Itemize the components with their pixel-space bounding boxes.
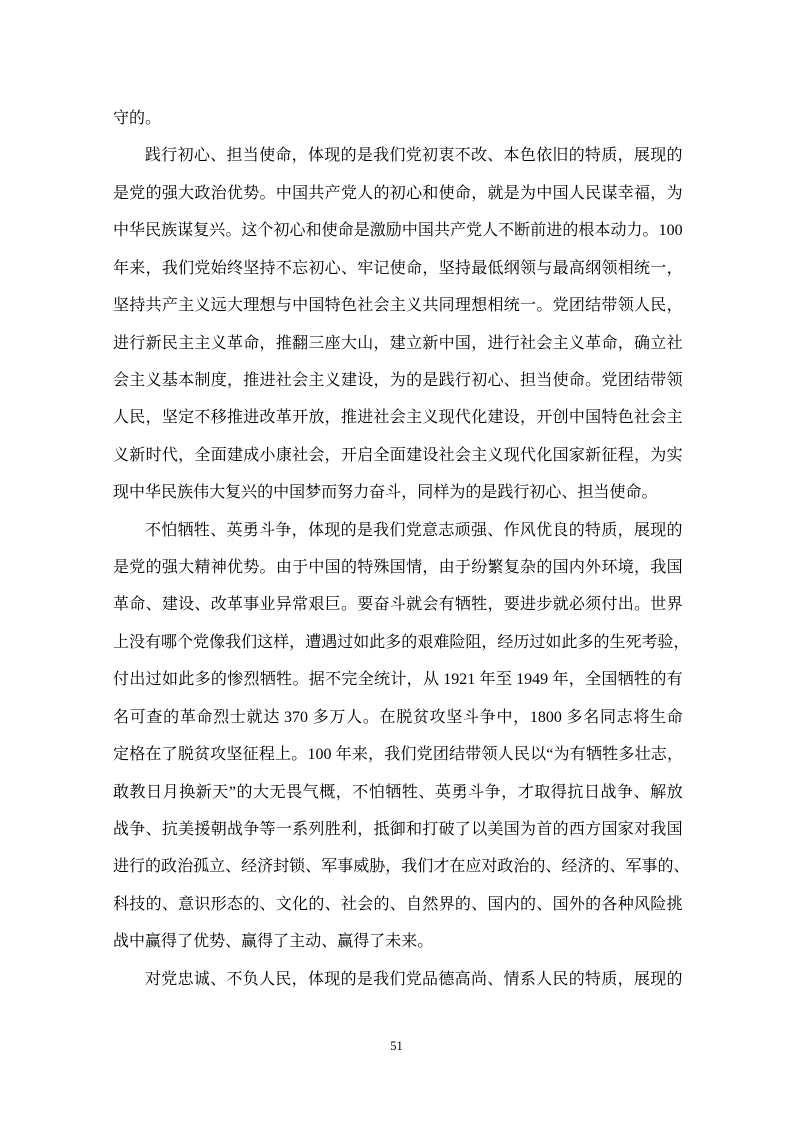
text-token: 会 xyxy=(308,437,324,474)
text-token: 得 xyxy=(551,774,567,811)
text-token: 复 xyxy=(504,549,520,586)
text-token: 社 xyxy=(276,362,292,399)
text-token: 情 xyxy=(504,961,520,998)
text-token: 我 xyxy=(373,961,389,998)
text-token: 殊 xyxy=(374,549,390,586)
text-token: ， xyxy=(634,549,650,586)
text-token: 会 xyxy=(650,399,666,436)
text-token: 改 xyxy=(211,586,227,623)
text-token: 前 xyxy=(530,212,546,249)
text-token: 移 xyxy=(211,399,227,436)
text-token: 色 xyxy=(341,287,357,324)
text-line: 守的。 xyxy=(113,100,683,137)
text-token: 党 xyxy=(341,175,357,212)
text-token: 、 xyxy=(210,961,226,998)
text-token: 社 xyxy=(667,325,683,362)
text-token: 推 xyxy=(276,325,292,362)
text-token: 依 xyxy=(536,137,552,174)
text-token: 社 xyxy=(520,325,536,362)
text-token: 开 xyxy=(536,399,552,436)
text-token: 要 xyxy=(357,586,373,623)
text-token: 计 xyxy=(390,661,406,698)
text-token: 体 xyxy=(308,137,324,174)
text-token: 至 xyxy=(496,661,512,698)
text-token: 人 xyxy=(346,699,362,736)
text-token: 华 xyxy=(129,212,145,249)
text-token: 初 xyxy=(178,137,194,174)
text-token: 建 xyxy=(162,586,178,623)
text-line: 年来，我们党始终坚持不忘初心、牢记使命，坚持最低纲领与最高纲领相统一， xyxy=(113,250,683,287)
text-token: 和 xyxy=(406,811,422,848)
text-token: 自 xyxy=(406,886,422,923)
text-token: 完 xyxy=(341,661,357,698)
text-token: 经 xyxy=(497,624,513,661)
text-token: 面 xyxy=(211,437,227,474)
text-token: 脱 xyxy=(396,699,412,736)
text-token: ， xyxy=(487,586,503,623)
text-token: 我 xyxy=(401,848,417,885)
text-token: 党 xyxy=(553,287,569,324)
text-token: 事 xyxy=(243,586,259,623)
text-token: 多 xyxy=(195,661,211,698)
text-token: 质 xyxy=(601,961,617,998)
text-token: 初 xyxy=(273,212,289,249)
text-token: 的 xyxy=(211,661,227,698)
text-token: 担 xyxy=(577,474,593,511)
text-token: ， xyxy=(618,961,634,998)
text-token: 设 xyxy=(178,586,194,623)
text-token: 援 xyxy=(194,811,210,848)
text-token: 打 xyxy=(422,811,438,848)
text-token: 1921 xyxy=(439,661,479,698)
text-token: ， xyxy=(374,362,390,399)
text-token: 制 xyxy=(194,362,210,399)
text-token: 是 xyxy=(422,362,438,399)
text-token: 的 xyxy=(308,886,324,923)
text-token: 行 xyxy=(129,325,145,362)
text-token: 的 xyxy=(569,512,585,549)
text-token: 是 xyxy=(113,549,129,586)
text-token: 民 xyxy=(650,287,666,324)
text-token: 和 xyxy=(306,212,322,249)
text-token: ， xyxy=(146,399,162,436)
text-token: 记 xyxy=(374,250,390,287)
text-token: 同 xyxy=(417,474,433,511)
text-token: 、 xyxy=(504,362,520,399)
text-token: 中 xyxy=(113,212,129,249)
text-token: 锁 xyxy=(289,848,305,885)
text-token: 哪 xyxy=(161,624,177,661)
text-token: 主 xyxy=(129,362,145,399)
text-token: 实 xyxy=(667,437,683,474)
text-token: 心 xyxy=(545,474,561,511)
text-token: 会 xyxy=(374,287,390,324)
text-token: 的 xyxy=(146,175,162,212)
text-token: 产 xyxy=(325,175,341,212)
text-token: 外 xyxy=(585,549,601,586)
text-token: 社 xyxy=(439,437,455,474)
text-token: 大 xyxy=(178,175,194,212)
text-token: 建 xyxy=(341,362,357,399)
text-token: 、 xyxy=(146,811,162,848)
text-token: 的 xyxy=(243,886,259,923)
text-token: 纷 xyxy=(471,549,487,586)
text-token: 各 xyxy=(601,886,617,923)
text-line: 进行新民主主义革命，推翻三座大山，建立新中国，进行社会主义革命，确立社 xyxy=(113,325,683,362)
text-token: 、 xyxy=(609,848,625,885)
text-token: 坚 xyxy=(113,287,129,324)
text-token: 尚 xyxy=(471,961,487,998)
text-token: 使 xyxy=(609,474,625,511)
text-token: 势 xyxy=(209,923,225,960)
text-token: 团 xyxy=(618,362,634,399)
text-token: 们 xyxy=(241,624,257,661)
text-token: 使 xyxy=(322,212,338,249)
text-token: 验 xyxy=(658,624,674,661)
text-token: ， xyxy=(667,250,683,287)
text-line: 革命、建设、改革事业异常艰巨。要奋斗就会有牺牲，要进步就必须付出。世界 xyxy=(113,586,683,623)
text-token: 现 xyxy=(324,512,340,549)
text-token: ， xyxy=(292,961,308,998)
text-token: 奋 xyxy=(374,586,390,623)
text-token: 的 xyxy=(401,624,417,661)
text-token: 为 xyxy=(520,811,536,848)
text-token: 色 xyxy=(618,399,634,436)
text-token: 力 xyxy=(627,212,643,249)
text-token: 可 xyxy=(130,699,146,736)
text-token: 新 xyxy=(146,325,162,362)
text-token: 进 xyxy=(520,586,536,623)
text-token: 对 xyxy=(634,811,650,848)
text-token: 现 xyxy=(650,137,666,174)
text-token: 、 xyxy=(471,886,487,923)
text-token: ， xyxy=(146,250,162,287)
text-token: 心 xyxy=(406,175,422,212)
text-token: 使 xyxy=(553,362,569,399)
text-token: 过 xyxy=(529,624,545,661)
text-token: 军 xyxy=(321,848,337,885)
text-token: 结 xyxy=(585,287,601,324)
text-token: 义 xyxy=(146,362,162,399)
text-token: ， xyxy=(325,437,341,474)
text-token: 想 xyxy=(260,287,276,324)
text-token: 主 xyxy=(406,399,422,436)
text-token: 优 xyxy=(227,175,243,212)
text-token: 党 xyxy=(193,624,209,661)
text-token: 进 xyxy=(357,399,373,436)
text-token: 人 xyxy=(569,175,585,212)
text-token: 党 xyxy=(406,137,422,174)
text-line: 是党的强大精神优势。由于中国的特殊国情，由于纷繁复杂的国内外环境，我国 xyxy=(113,549,683,586)
text-token: 胁 xyxy=(369,848,385,885)
text-token: 赢 xyxy=(145,923,161,960)
text-token: 敢 xyxy=(113,774,129,811)
text-token: 有 xyxy=(667,661,683,698)
text-token: 政 xyxy=(194,175,210,212)
text-token: 了 xyxy=(177,923,193,960)
text-token: 政 xyxy=(497,848,513,885)
text-token: 壮 xyxy=(635,736,651,773)
text-token: 怕 xyxy=(369,774,385,811)
text-token: 于 xyxy=(292,549,308,586)
text-token: 的 xyxy=(593,624,609,661)
text-token: 历 xyxy=(513,624,529,661)
text-token: 伟 xyxy=(193,474,209,511)
text-token: 然 xyxy=(422,886,438,923)
text-token: 国 xyxy=(390,549,406,586)
text-token: 相 xyxy=(487,287,503,324)
text-token: 中 xyxy=(569,399,585,436)
text-token: 解 xyxy=(650,774,666,811)
text-token: 们 xyxy=(400,736,416,773)
text-token: 同 xyxy=(600,699,616,736)
text-token: 革 xyxy=(113,586,129,623)
text-token: ， xyxy=(634,437,650,474)
text-token: 英 xyxy=(226,512,242,549)
text-token: 应 xyxy=(465,848,481,885)
text-token: 体 xyxy=(308,512,324,549)
text-token: 的 xyxy=(146,886,162,923)
text-token: 我 xyxy=(650,811,666,848)
text-token: 会 xyxy=(357,886,373,923)
text-token: 环 xyxy=(601,549,617,586)
text-token: 激 xyxy=(370,212,386,249)
text-token: 御 xyxy=(390,811,406,848)
text-token: 大 xyxy=(178,549,194,586)
text-token: 使 xyxy=(259,137,275,174)
text-token: 势 xyxy=(243,175,259,212)
text-token: 得 xyxy=(161,923,177,960)
text-token: 国 xyxy=(601,661,617,698)
text-line: 对党忠诚、不负人民，体现的是我们党品德高尚、情系人民的特质，展现的 xyxy=(113,961,683,998)
text-token: 1949 xyxy=(512,661,552,698)
text-token: 赢 xyxy=(337,923,353,960)
text-token: 、 xyxy=(210,512,226,549)
text-token: 未 xyxy=(385,923,401,960)
text-token: 畏 xyxy=(286,774,302,811)
text-token: 中 xyxy=(308,549,324,586)
text-token: 不 xyxy=(194,399,210,436)
text-token: 中 xyxy=(129,923,145,960)
text-token: 命 xyxy=(129,586,145,623)
text-token: 的 xyxy=(374,886,390,923)
text-token: 时 xyxy=(146,437,162,474)
text-token: 人 xyxy=(259,961,275,998)
text-token: 经 xyxy=(241,848,257,885)
text-token: 据 xyxy=(309,661,325,698)
text-token: 。 xyxy=(643,212,659,249)
text-token: 党 xyxy=(406,961,422,998)
text-token: 经 xyxy=(561,848,577,885)
text-token: 贫 xyxy=(194,736,210,773)
text-token: 会 xyxy=(390,399,406,436)
text-token: 我 xyxy=(162,250,178,287)
text-token: 名 xyxy=(113,699,129,736)
text-token: 使 xyxy=(439,175,455,212)
text-token: 意 xyxy=(422,512,438,549)
text-token: 立 xyxy=(650,325,666,362)
text-token: 有 xyxy=(145,624,161,661)
text-token: 于 xyxy=(455,549,471,586)
text-token: 设 xyxy=(504,399,520,436)
text-token: 意 xyxy=(178,886,194,923)
text-token: 强 xyxy=(162,175,178,212)
text-token: 华 xyxy=(145,474,161,511)
text-token: 创 xyxy=(553,399,569,436)
text-token: 义 xyxy=(406,287,422,324)
text-line: 战争、抗美援朝战争等一系列胜利，抵御和打破了以美国为首的西方国家对我国 xyxy=(113,811,683,848)
text-token: 、 xyxy=(634,774,650,811)
text-token: 国 xyxy=(553,175,569,212)
text-token: 了 xyxy=(162,736,178,773)
text-token: 牺 xyxy=(260,661,276,698)
text-token: 成 xyxy=(243,437,259,474)
text-token: 牲 xyxy=(276,661,292,698)
text-token: 定 xyxy=(178,399,194,436)
text-token: 的 xyxy=(163,699,179,736)
text-token: 而 xyxy=(321,474,337,511)
text-token: 美 xyxy=(487,811,503,848)
text-token: 如 xyxy=(545,624,561,661)
text-token: 、 xyxy=(536,886,552,923)
text-token: 义 xyxy=(211,325,227,362)
text-token: 民 xyxy=(552,961,568,998)
text-token: 勇 xyxy=(243,512,259,549)
text-token: 中 xyxy=(536,175,552,212)
text-token: 坚 xyxy=(226,736,242,773)
text-token: 产 xyxy=(162,287,178,324)
text-token: 、 xyxy=(162,886,178,923)
text-token: 斗 xyxy=(468,774,484,811)
text-token: 的 xyxy=(667,512,683,549)
text-token: 技 xyxy=(129,886,145,923)
text-token: 顽 xyxy=(455,512,471,549)
text-token: 化 xyxy=(292,886,308,923)
text-token: 家 xyxy=(569,437,585,474)
text-token: 初 xyxy=(529,474,545,511)
text-token: ， xyxy=(618,512,634,549)
text-token: 。 xyxy=(341,586,357,623)
text-token: 新 xyxy=(196,774,212,811)
text-token: 义 xyxy=(422,399,438,436)
text-token: 风 xyxy=(520,512,536,549)
text-token: 带 xyxy=(650,362,666,399)
text-token: 繁 xyxy=(487,549,503,586)
text-token: 最 xyxy=(471,250,487,287)
text-token: 多 xyxy=(313,699,329,736)
text-token: 遭 xyxy=(305,624,321,661)
text-token: 必 xyxy=(569,586,585,623)
text-token: 守 xyxy=(113,100,129,137)
text-token: 现 xyxy=(439,399,455,436)
text-token: 坚 xyxy=(446,699,462,736)
text-token: 推 xyxy=(227,399,243,436)
text-token: 主 xyxy=(178,325,194,362)
text-token: 斗 xyxy=(463,699,479,736)
text-token: 纲 xyxy=(504,250,520,287)
text-token: ， xyxy=(513,699,529,736)
text-token: 文 xyxy=(276,886,292,923)
text-token: 此 xyxy=(178,661,194,698)
text-token: 担 xyxy=(520,362,536,399)
text-token: 的 xyxy=(553,811,569,848)
text-token: 共 xyxy=(308,175,324,212)
text-token: 国 xyxy=(601,811,617,848)
text-token: 多 xyxy=(567,699,583,736)
text-token: 相 xyxy=(618,250,634,287)
text-token: 牺 xyxy=(586,736,602,773)
text-token: 义 xyxy=(113,437,129,474)
text-token: 人 xyxy=(357,175,373,212)
text-token: 康 xyxy=(276,437,292,474)
text-token: 常 xyxy=(292,586,308,623)
text-token: 斗 xyxy=(385,474,401,511)
text-token: 担 xyxy=(226,137,242,174)
text-token: 的 xyxy=(667,137,683,174)
text-token: 来 xyxy=(401,923,417,960)
text-token: 为 xyxy=(449,474,465,511)
text-token: 日 xyxy=(584,774,600,811)
text-line: 践行初心、担当使命，体现的是我们党初衷不改、本色依旧的特质，展现的 xyxy=(113,137,683,174)
text-token: 威 xyxy=(353,848,369,885)
text-token: 理 xyxy=(455,287,471,324)
text-token: 纲 xyxy=(585,250,601,287)
text-token: 、 xyxy=(341,250,357,287)
text-token: 国 xyxy=(667,811,683,848)
text-token: 持 xyxy=(455,250,471,287)
text-token: 利 xyxy=(341,811,357,848)
text-token: 为 xyxy=(650,437,666,474)
text-token: 出 xyxy=(618,586,634,623)
text-token: 的 xyxy=(341,512,357,549)
text-token: 的 xyxy=(455,886,471,923)
text-token: 得 xyxy=(257,923,273,960)
text-token: 主 xyxy=(390,287,406,324)
text-token: 领 xyxy=(618,287,634,324)
text-token: 持 xyxy=(129,287,145,324)
text-token: 死 xyxy=(626,624,642,661)
text-token: 心 xyxy=(325,250,341,287)
text-token: ， xyxy=(471,175,487,212)
text-token: 我 xyxy=(225,624,241,661)
text-token: 特 xyxy=(601,399,617,436)
text-token: 进 xyxy=(260,362,276,399)
text-token: 在 xyxy=(380,699,396,736)
text-token: 命 xyxy=(601,325,617,362)
text-token: 们 xyxy=(178,250,194,287)
text-token: 族 xyxy=(177,474,193,511)
text-token: 会 xyxy=(113,362,129,399)
text-token: ， xyxy=(178,437,194,474)
text-token: 换 xyxy=(179,774,195,811)
text-token: 日 xyxy=(146,774,162,811)
text-token: 中 xyxy=(292,287,308,324)
text-token: 系 xyxy=(292,811,308,848)
text-token: 行 xyxy=(161,137,177,174)
text-token: 是 xyxy=(357,137,373,174)
text-token: 天 xyxy=(212,774,228,811)
text-token: 义 xyxy=(487,437,503,474)
text-token: 强 xyxy=(471,512,487,549)
text-token: 险 xyxy=(449,624,465,661)
text-token: 当 xyxy=(536,362,552,399)
text-token: 破 xyxy=(439,811,455,848)
text-token: 了 xyxy=(455,811,471,848)
text-token: 我 xyxy=(650,549,666,586)
text-token: 的 xyxy=(658,848,674,885)
text-token: 社 xyxy=(292,437,308,474)
text-token: 国 xyxy=(418,212,434,249)
